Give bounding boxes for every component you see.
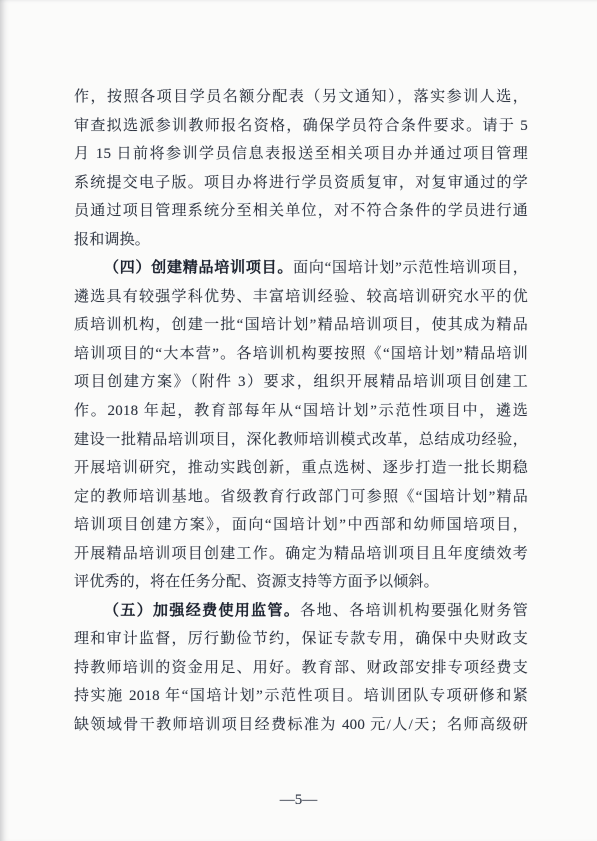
text-line: 开展精品培训项目创建工作。确定为精品培训项目且年度绩效考 [74, 540, 528, 569]
paragraph-first-line: （四）创建精品培训项目。面向“国培计划”示范性培训项目， [74, 254, 528, 283]
text-line: 系统提交电子版。项目办将进行学员资质复审，对复审通过的学 [74, 169, 528, 198]
text-line: 作，按照各项目学员名额分配表（另文通知），落实参训人选， [74, 83, 528, 112]
text-line: 项目创建方案》（附件 3）要求，组织开展精品培训项目创建工 [74, 368, 528, 397]
paragraph-heading: （四）创建精品培训项目。 [104, 260, 293, 276]
text-line: 培训项目的“大本营”。各培训机构要按照《“国培计划”精品培训 [74, 340, 528, 369]
text-line: 持教师培训的资金用足、用好。教育部、财政部安排专项经费支 [74, 654, 528, 683]
paragraph-first-line: （五）加强经费使用监管。各地、各培训机构要强化财务管 [74, 597, 528, 626]
text-line: 作。2018 年起，教育部每年从“国培计划”示范性项目中，遴选 [74, 397, 528, 426]
text-line: 建设一批精品培训项目，深化教师培训模式改革，总结成功经验， [74, 426, 528, 455]
text-line: 持实施 2018 年“国培计划”示范性项目。培训团队专项研修和紧 [74, 682, 528, 711]
text-line: 月 15 日前将参训学员信息表报送至相关项目办并通过项目管理 [74, 140, 528, 169]
text-line: 培训项目创建方案》，面向“国培计划”中西部和幼师国培项目， [74, 511, 528, 540]
page-number: —5— [0, 789, 597, 811]
text-line: 遴选具有较强学科优势、丰富培训经验、较高培训研究水平的优 [74, 283, 528, 312]
text-line: 员通过项目管理系统分至相关单位，对不符合条件的学员进行通 [74, 197, 528, 226]
text-line: 评优秀的，将在任务分配、资源支持等方面予以倾斜。 [74, 568, 528, 597]
text-line: 质培训机构，创建一批“国培计划”精品培训项目，使其成为精品 [74, 311, 528, 340]
text-line: 缺领域骨干教师培训项目经费标准为 400 元/人/天；名师高级研 [74, 711, 528, 740]
document-page: 作，按照各项目学员名额分配表（另文通知），落实参训人选，审查拟选派参训教师报名资… [0, 0, 597, 841]
document-body: 作，按照各项目学员名额分配表（另文通知），落实参训人选，审查拟选派参训教师报名资… [74, 83, 528, 740]
text-line: 审查拟选派参训教师报名资格，确保学员符合条件要求。请于 5 [74, 112, 528, 141]
paragraph-heading: （五）加强经费使用监管。 [104, 603, 300, 619]
text-line: 定的教师培训基地。省级教育行政部门可参照《“国培计划”精品 [74, 483, 528, 512]
text-line: 开展培训研究，推动实践创新，重点选树、逐步打造一批长期稳 [74, 454, 528, 483]
text-line: 报和调换。 [74, 226, 528, 255]
text-line: 理和审计监督，厉行勤俭节约，保证专款专用，确保中央财政支 [74, 625, 528, 654]
